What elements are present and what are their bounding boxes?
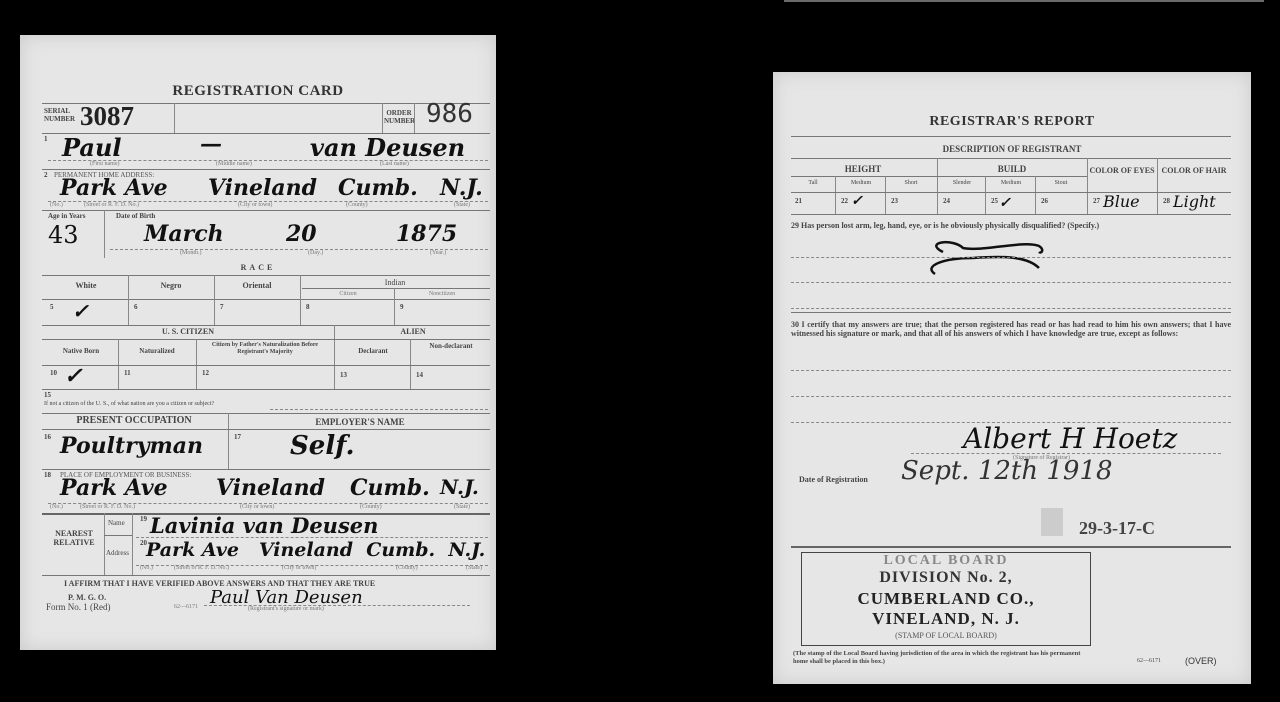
age-value: 43 (48, 221, 79, 249)
employment-county: Cumb. (350, 475, 430, 501)
hair-color-value: Light (1173, 192, 1216, 211)
relative-name: Lavinia van Deusen (150, 513, 378, 538)
native-born-checkmark: ✓ (64, 363, 82, 389)
nation-question: If not a citizen of the U. S., of what n… (44, 401, 214, 407)
alien-title: ALIEN (336, 327, 490, 336)
stamp-smudge (1041, 508, 1063, 536)
occupation-label: PRESENT OCCUPATION (42, 415, 226, 426)
form-number: Form No. 1 (Red) (46, 602, 111, 612)
dob-day: 20 (286, 221, 317, 247)
serial-number: 3087 (80, 101, 134, 132)
employer-value: Self. (290, 431, 355, 461)
home-city: Vineland (208, 175, 317, 201)
question-29: 29 Has person lost arm, leg, hand, eye, … (791, 221, 1231, 230)
registrars-report-card: REGISTRAR'S REPORT DESCRIPTION OF REGIST… (773, 72, 1251, 684)
home-state: N.J. (440, 175, 483, 201)
order-label: ORDER NUMBER (384, 109, 414, 125)
serial-label: SERIAL NUMBER (44, 107, 84, 123)
stamp-instruction: (The stamp of the Local Board having jur… (793, 650, 1093, 666)
card-title: REGISTRATION CARD (20, 83, 496, 100)
dash-flourish (923, 238, 1063, 282)
employment-state: N.J. (440, 475, 479, 499)
first-name: Paul (62, 133, 122, 162)
dob-year: 1875 (396, 221, 457, 247)
dob-month: March (144, 221, 224, 247)
scan-edge-strip (784, 0, 1264, 2)
description-subtitle: DESCRIPTION OF REGISTRANT (773, 144, 1251, 154)
height-medium-checkmark: ✓ (851, 193, 863, 209)
dob-label: Date of Birth (116, 212, 155, 220)
employer-label: EMPLOYER'S NAME (230, 417, 490, 427)
order-number: 986 (426, 99, 473, 129)
age-label: Age in Years (48, 212, 85, 220)
eye-color-value: Blue (1103, 192, 1140, 211)
build-medium-checkmark: ✓ (999, 195, 1011, 211)
employment-city: Vineland (216, 475, 325, 501)
us-citizen-title: U. S. CITIZEN (42, 327, 334, 336)
relative-address: Park Ave Vineland Cumb. N.J. (146, 539, 485, 561)
over-label: (OVER) (1185, 656, 1217, 666)
local-board-stamp-box: LOCAL BOARD DIVISION No. 2, CUMBERLAND C… (801, 552, 1091, 646)
white-checkmark: ✓ (72, 299, 89, 323)
date-of-registration-value: Sept. 12th 1918 (901, 456, 1113, 486)
registrar-signature: Albert H Hoetz (963, 422, 1177, 455)
date-of-registration-label: Date of Registration (799, 475, 868, 484)
nearest-relative-label: NEAREST RELATIVE (44, 529, 104, 547)
race-title: RACE (20, 263, 496, 272)
registration-code: 29-3-17-C (1079, 518, 1155, 539)
employment-street: Park Ave (60, 475, 168, 501)
middle-name: — (200, 131, 222, 157)
question-30: 30 I certify that my answers are true; t… (791, 320, 1231, 338)
occupation-value: Poultryman (60, 433, 203, 459)
home-county: Cumb. (338, 175, 418, 201)
registration-card: REGISTRATION CARD SERIAL NUMBER 3087 ORD… (20, 35, 496, 650)
home-street: Park Ave (60, 175, 168, 201)
pmgo-label: P. M. G. O. (68, 593, 106, 602)
report-title: REGISTRAR'S REPORT (773, 114, 1251, 130)
last-name: van Deusen (310, 133, 465, 162)
